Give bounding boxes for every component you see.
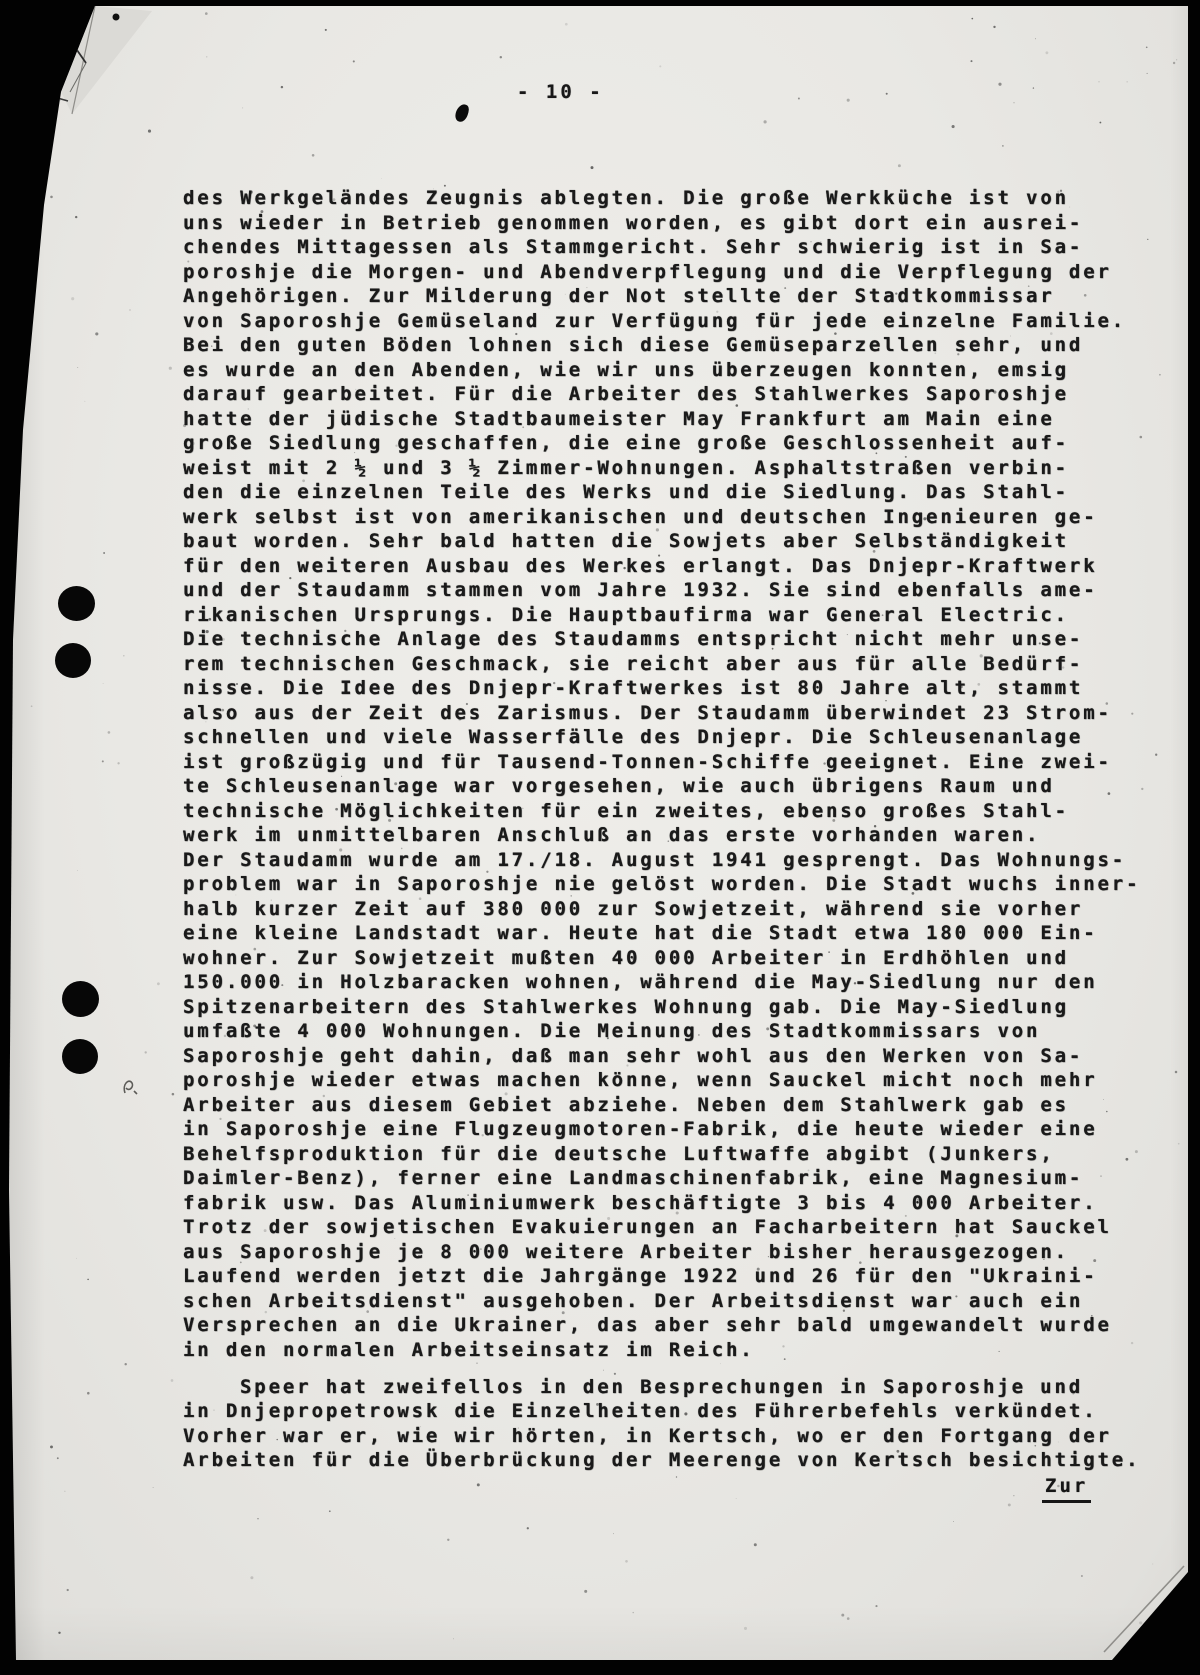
text-line: ist großzügig und für Tausend-Tonnen-Sch…	[183, 750, 1133, 775]
text-line: werk im unmittelbaren Anschluß an das er…	[183, 823, 1133, 848]
text-line: baut worden. Sehr bald hatten die Sowjet…	[183, 529, 1133, 554]
paragraph: des Werkgeländes Zeugnis ablegten. Die g…	[183, 186, 1133, 1362]
ink-blot	[454, 103, 470, 124]
scan-bed: { "document": { "page_number": "- 10 -",…	[0, 0, 1200, 1675]
text-line: Trotz der sowjetischen Evakuierungen an …	[183, 1215, 1133, 1240]
text-line: Saporoshje geht dahin, daß man sehr wohl…	[183, 1044, 1133, 1069]
text-line: poroshje wieder etwas machen könne, wenn…	[183, 1068, 1133, 1093]
text-line: halb kurzer Zeit auf 380 000 zur Sowjetz…	[183, 897, 1133, 922]
text-line: Speer hat zweifellos in den Besprechunge…	[183, 1375, 1133, 1400]
text-line: aus Saporoshje je 8 000 weitere Arbeiter…	[183, 1240, 1133, 1265]
text-line: wohner. Zur Sowjetzeit mußten 40 000 Arb…	[183, 946, 1133, 971]
text-line: uns wieder in Betrieb genommen worden, e…	[183, 211, 1133, 236]
text-line: Laufend werden jetzt die Jahrgänge 1922 …	[183, 1264, 1133, 1289]
text-line: rikanischen Ursprungs. Die Hauptbaufirma…	[183, 603, 1133, 628]
text-line: in den normalen Arbeitseinsatz im Reich.	[183, 1338, 1133, 1363]
text-line: Arbeiter aus diesem Gebiet abziehe. Nebe…	[183, 1093, 1133, 1118]
punch-hole	[62, 981, 99, 1017]
text-line: Die technische Anlage des Staudamms ents…	[183, 627, 1133, 652]
text-line: umfaßte 4 000 Wohnungen. Die Meinung des…	[183, 1019, 1133, 1044]
text-line: 150.000 in Holzbaracken wohnen, während …	[183, 970, 1133, 995]
text-line: Bei den guten Böden lohnen sich diese Ge…	[183, 333, 1133, 358]
text-line: in Saporoshje eine Flugzeugmotoren-Fabri…	[183, 1117, 1133, 1142]
text-line: also aus der Zeit des Zarismus. Der Stau…	[183, 701, 1133, 726]
text-line: eine kleine Landstadt war. Heute hat die…	[183, 921, 1133, 946]
text-line: hatte der jüdische Stadtbaumeister May F…	[183, 407, 1133, 432]
text-line: Der Staudamm wurde am 17./18. August 194…	[183, 848, 1133, 873]
text-line: Daimler-Benz), ferner eine Landmaschinen…	[183, 1166, 1133, 1191]
text-line: darauf gearbeitet. Für die Arbeiter des …	[183, 382, 1133, 407]
text-line: schnellen und viele Wasserfälle des Dnje…	[183, 725, 1133, 750]
text-line: Spitzenarbeitern des Stahlwerkes Wohnung…	[183, 995, 1133, 1020]
punch-hole	[55, 643, 91, 678]
text-line: te Schleusenanlage war vorgesehen, wie a…	[183, 774, 1133, 799]
text-line: werk selbst ist von amerikanischen und d…	[183, 505, 1133, 530]
catchword: Zur	[1042, 1474, 1091, 1503]
text-line: in Dnjepropetrowsk die Einzelheiten des …	[183, 1399, 1133, 1424]
text-line: rem technischen Geschmack, sie reicht ab…	[183, 652, 1133, 677]
text-line: poroshje die Morgen- und Abendverpflegun…	[183, 260, 1133, 285]
text-line: Versprechen an die Ukrainer, das aber se…	[183, 1313, 1133, 1338]
text-line: schen Arbeitsdienst" ausgehoben. Der Arb…	[183, 1289, 1133, 1314]
document-page: - 10 - des Werkgeländes Zeugnis ablegten…	[0, 0, 1200, 1675]
text-line: für den weiteren Ausbau des Werkes erlan…	[183, 554, 1133, 579]
text-line: des Werkgeländes Zeugnis ablegten. Die g…	[183, 186, 1133, 211]
text-block: des Werkgeländes Zeugnis ablegten. Die g…	[183, 186, 1133, 1473]
text-line: chendes Mittagessen als Stammgericht. Se…	[183, 235, 1133, 260]
punch-hole	[62, 1039, 98, 1074]
text-line: den die einzelnen Teile des Werks und di…	[183, 480, 1133, 505]
text-line: problem war in Saporoshje nie gelöst wor…	[183, 872, 1133, 897]
text-line: weist mit 2 ½ und 3 ½ Zimmer-Wohnungen. …	[183, 456, 1133, 481]
pencil-mark	[124, 1081, 137, 1094]
page-number: - 10 -	[517, 80, 604, 104]
text-line: Behelfsproduktion für die deutsche Luftw…	[183, 1142, 1133, 1167]
torn-corner	[47, 6, 152, 114]
punch-hole	[58, 586, 95, 621]
text-line: Angehörigen. Zur Milderung der Not stell…	[183, 284, 1133, 309]
text-line: von Saporoshje Gemüseland zur Verfügung …	[183, 309, 1133, 334]
text-line: große Siedlung geschaffen, die eine groß…	[183, 431, 1133, 456]
text-line: Vorher war er, wie wir hörten, in Kertsc…	[183, 1424, 1133, 1449]
corner-crease	[1104, 1566, 1190, 1660]
text-line: nisse. Die Idee des Dnjepr-Kraftwerkes i…	[183, 676, 1133, 701]
text-line: und der Staudamm stammen vom Jahre 1932.…	[183, 578, 1133, 603]
text-line: Arbeiten für die Überbrückung der Meeren…	[183, 1448, 1133, 1473]
text-line: es wurde an den Abenden, wie wir uns übe…	[183, 358, 1133, 383]
paragraph: Speer hat zweifellos in den Besprechunge…	[183, 1375, 1133, 1473]
text-line: fabrik usw. Das Aluminiumwerk beschäftig…	[183, 1191, 1133, 1216]
text-line: technische Möglichkeiten für ein zweites…	[183, 799, 1133, 824]
